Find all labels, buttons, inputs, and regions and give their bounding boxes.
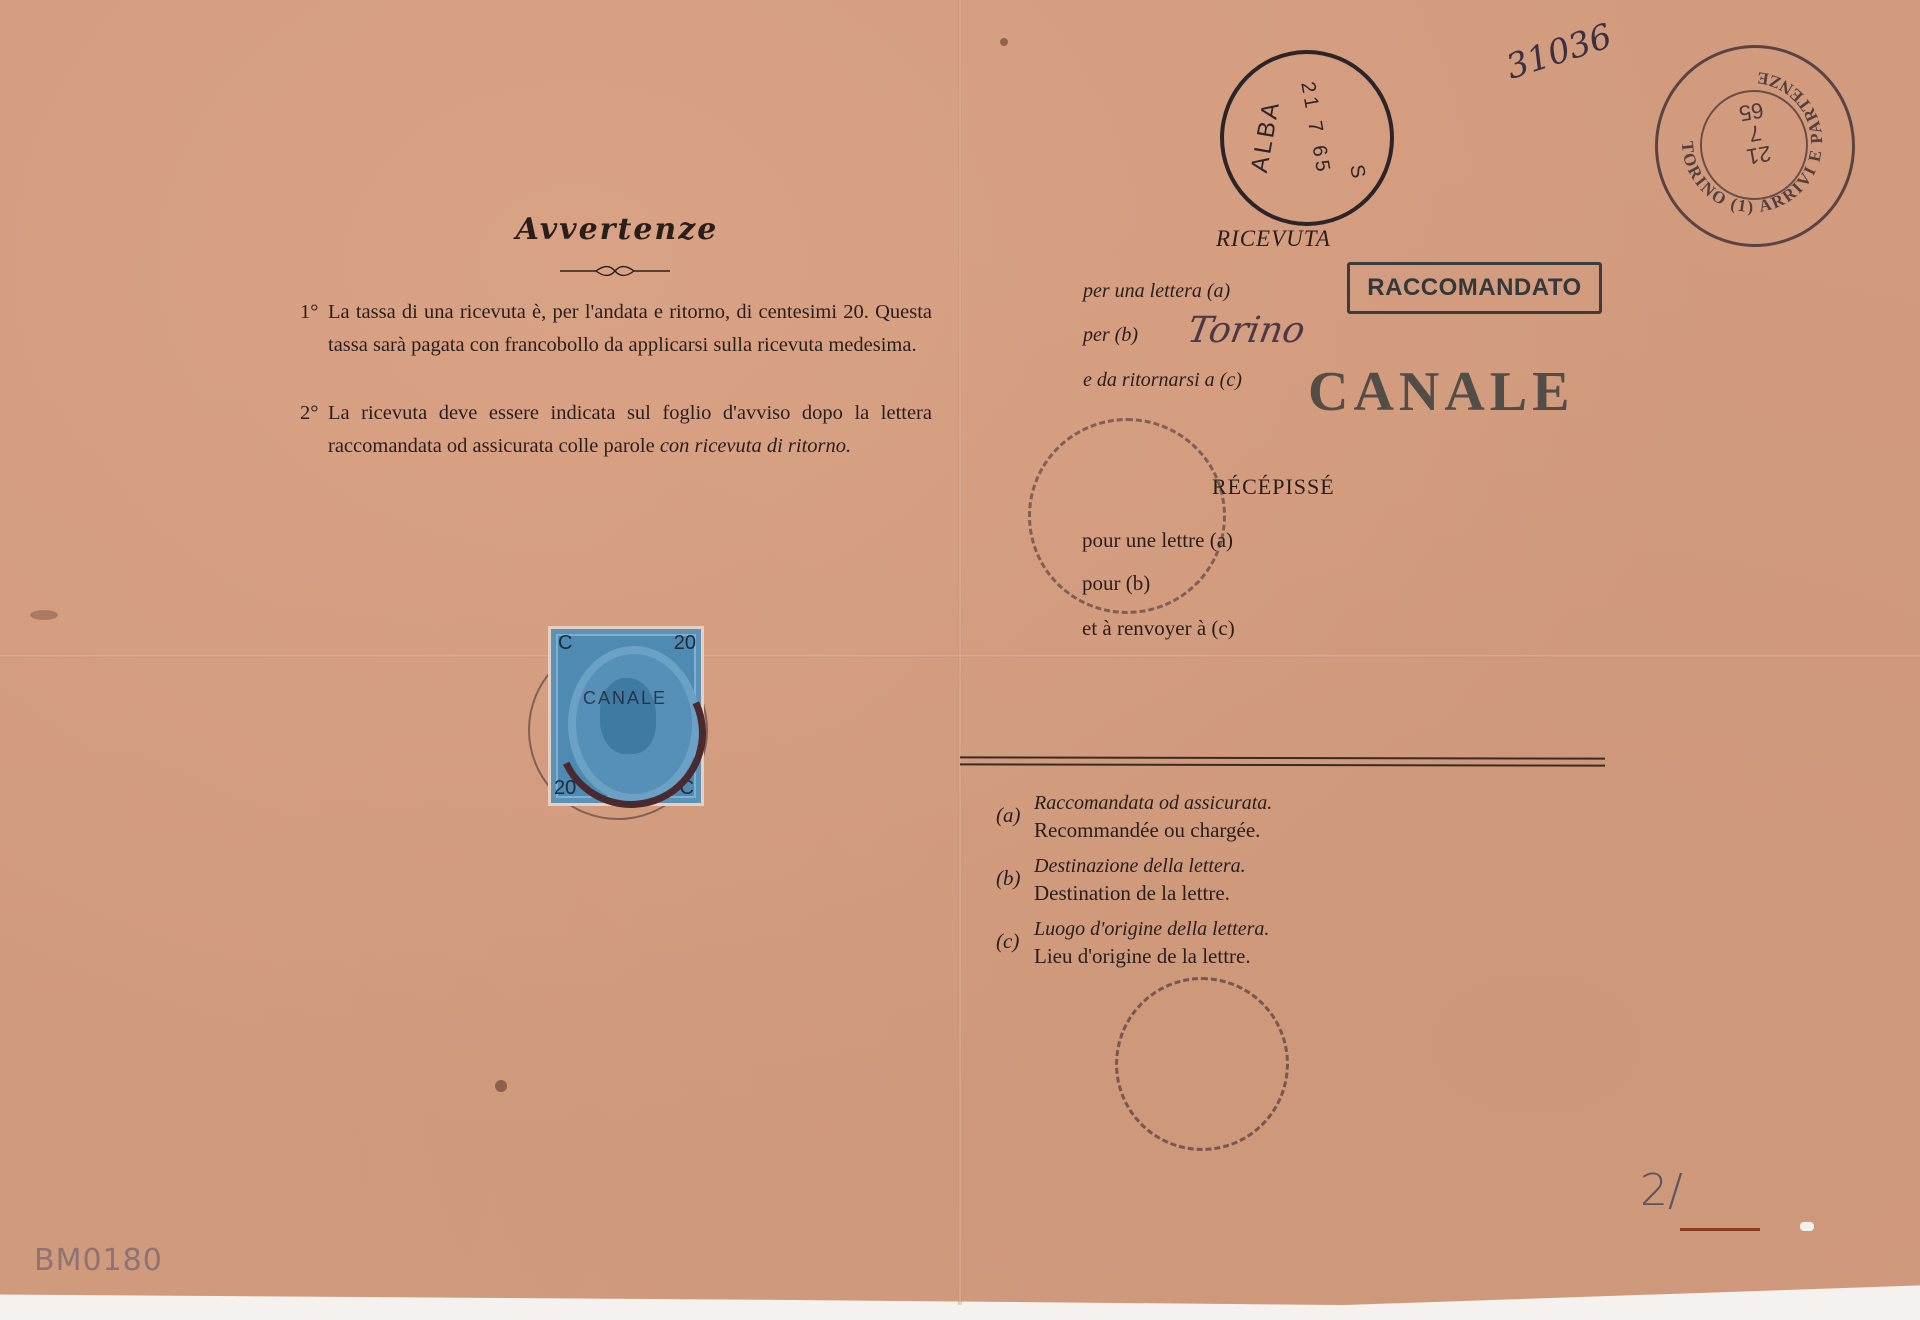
footnote-french: Lieu d'origine de la lettre. [1034, 944, 1251, 969]
avvertenza-paragraph-2: 2° La ricevuta deve essere indicata sul … [300, 397, 932, 463]
ricevuta-heading: RICEVUTA [1216, 226, 1331, 252]
stamp-cancel-text: CANALE [583, 688, 667, 709]
footnote-french: Recommandée ou chargée. [1034, 818, 1260, 843]
faint-bottom-postmark [1115, 977, 1289, 1151]
origin-town-stamp: CANALE [1308, 360, 1574, 424]
ricevuta-line-a: per una lettera (a) [1083, 280, 1230, 303]
ricevuta-line-b: per (b) [1083, 324, 1138, 347]
paragraph-number: 2° [300, 397, 318, 430]
footnote-label: (c) [996, 929, 1019, 954]
ricevuta-line-c: e da ritornarsi a (c) [1083, 369, 1242, 392]
recepisse-heading: RÉCÉPISSÉ [1212, 474, 1335, 500]
stain-spot [1000, 38, 1008, 46]
footnote-italian: Raccomandata od assicurata. [1034, 792, 1272, 815]
stamp-corner-tr: 20 [674, 632, 696, 655]
stain-spot [30, 610, 58, 620]
raccomandato-box-stamp: RACCOMANDATO [1347, 262, 1602, 314]
avvertenze-title: Avvertenze [0, 212, 1234, 247]
paragraph-text-wrap: La ricevuta deve essere indicata sul fog… [328, 397, 932, 463]
footnote-italian: Destinazione della lettera. [1034, 855, 1246, 878]
ornament-divider-icon [560, 263, 670, 279]
stamp-corner-tl: C [558, 632, 572, 655]
footnote-label: (a) [996, 803, 1021, 828]
vertical-fold-line [958, 0, 962, 1305]
footnote-label: (b) [996, 866, 1021, 891]
recepisse-line-c: et à renvoyer à (c) [1082, 616, 1235, 641]
pencil-inventory-id: BM0180 [34, 1243, 163, 1278]
handwritten-fraction: 2/ [1640, 1165, 1683, 1216]
raccomandato-text: RACCOMANDATO [1367, 274, 1581, 302]
paragraph-italic-suffix: con ricevuta di ritorno. [660, 435, 851, 457]
paragraph-number: 1° [300, 296, 318, 329]
red-ink-line [1680, 1228, 1760, 1231]
footnote-italian: Luogo d'origine della lettera. [1034, 918, 1269, 941]
recepisse-line-a: pour une lettre (a) [1082, 528, 1233, 553]
avvertenza-paragraph-1: 1° La tassa di una ricevuta è, per l'and… [300, 296, 932, 362]
horizontal-fold-line [0, 655, 1920, 658]
stain-spot [495, 1080, 507, 1092]
paragraph-text: La tassa di una ricevuta è, per l'andata… [328, 296, 932, 362]
recepisse-line-b: pour (b) [1082, 571, 1150, 596]
paper-hole [1800, 1222, 1814, 1231]
footnote-french: Destination de la lettre. [1034, 881, 1230, 906]
handwritten-destination: Torino [1184, 310, 1308, 351]
